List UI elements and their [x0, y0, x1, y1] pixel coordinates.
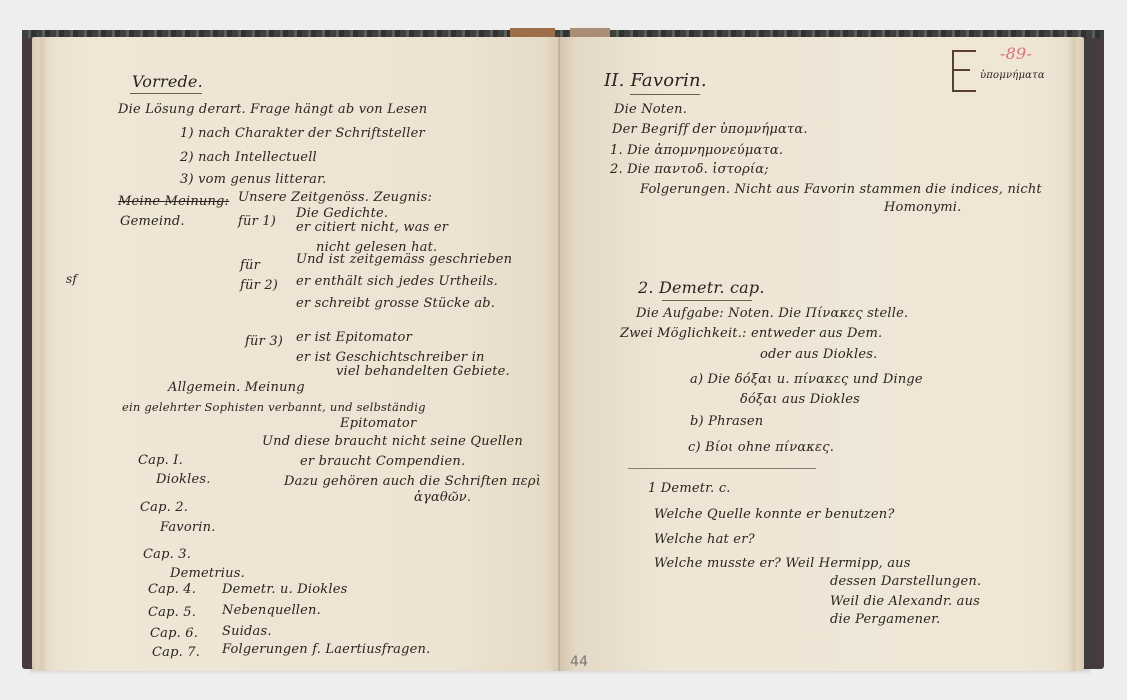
text-line: für — [240, 258, 260, 273]
chapter-label: Cap. 6. — [150, 626, 198, 641]
text-line: Welche musste er? Weil Hermipp, aus — [654, 556, 911, 571]
text-line: für 3) — [245, 334, 283, 349]
heading-underline — [130, 93, 202, 94]
text-line: Dazu gehören auch die Schriften περὶ — [284, 474, 541, 489]
text-line: Unsere Zeitgenöss. Zeugnis: — [238, 190, 432, 205]
chapter-title: Nebenquellen. — [222, 603, 321, 618]
chapter-label: Cap. 3. — [143, 547, 191, 562]
chapter-label: Cap. 5. — [148, 605, 196, 620]
text-line: er citiert nicht, was er — [296, 220, 448, 235]
struck-text: Meine Meinung: — [118, 194, 229, 209]
heading-underline — [662, 300, 752, 301]
chapter-label: Cap. 7. — [152, 645, 200, 660]
text-line: Weil die Alexandr. aus — [830, 594, 980, 609]
chapter-title: Favorin. — [160, 520, 216, 535]
text-line: Die Lösung derart. Frage hängt ab von Le… — [118, 102, 427, 117]
text-line: dessen Darstellungen. — [830, 574, 981, 589]
chapter-title: Diokles. — [156, 472, 211, 487]
text-line: viel behandelten Gebiete. — [336, 364, 510, 379]
chapter-title: Folgerungen f. Laertiusfragen. — [222, 642, 430, 657]
text-line: Die Noten. — [614, 102, 687, 117]
text-line: die Pergamener. — [830, 612, 940, 627]
text-line: Gemeind. — [120, 214, 185, 229]
pencil-page-number: 44 — [570, 654, 588, 670]
chapter-label: Cap. I. — [138, 453, 183, 468]
text-line: er braucht Compendien. — [300, 454, 465, 469]
text-line: δόξαι aus Diokles — [740, 392, 860, 407]
text-line: 3) vom genus litterar. — [180, 172, 326, 187]
corner-letter-e — [952, 50, 976, 92]
text-line: für 2) — [240, 278, 278, 293]
text-line: a) Die δόξαι u. πίνακες und Dinge — [690, 372, 923, 387]
text-line: Und diese braucht nicht seine Quellen — [262, 434, 523, 449]
section-divider — [628, 468, 816, 469]
text-line: für 1) — [238, 214, 276, 229]
text-line: 2) nach Intellectuell — [180, 150, 317, 165]
text-line: Allgemein. Meinung — [168, 380, 305, 395]
text-line: Welche hat er? — [654, 532, 755, 547]
folio-number: -89- — [1000, 44, 1032, 63]
text-line: Der Begriff der ὑπομνήματα. — [612, 122, 808, 137]
text-line: Zwei Möglichkeit.: entweder aus Dem. — [620, 326, 882, 341]
text-line: er enthält sich jedes Urtheils. — [296, 274, 498, 289]
chapter-title: Demetr. u. Diokles — [222, 582, 347, 597]
right-heading: II. Favorin. — [604, 70, 707, 91]
corner-greek: ὑπομνήματα — [980, 70, 1045, 81]
text-line: oder aus Diokles. — [760, 347, 877, 362]
section-heading: 1 Demetr. c. — [648, 481, 731, 496]
text-line: Die Aufgabe: Noten. Die Πίνακες stelle. — [636, 306, 908, 321]
text-line: Die Gedichte. — [296, 206, 388, 221]
left-heading: Vorrede. — [132, 72, 203, 91]
text-line: er schreibt grosse Stücke ab. — [296, 296, 495, 311]
text-line: Und ist zeitgemäss geschrieben — [296, 252, 512, 267]
text-line: 1) nach Charakter der Schriftsteller — [180, 126, 425, 141]
text-line: Epitomator — [340, 416, 416, 431]
chapter-title: Suidas. — [222, 624, 272, 639]
text-line: 2. Die παντοδ. ἱστορία; — [610, 162, 769, 177]
chapter-label: Cap. 2. — [140, 500, 188, 515]
text-line: b) Phrasen — [690, 414, 763, 429]
section-heading: 2. Demetr. cap. — [638, 278, 765, 297]
text-line: Homonymi. — [884, 200, 961, 215]
chapter-title: Demetrius. — [170, 566, 245, 581]
heading-underline — [630, 94, 700, 95]
text-line: Folgerungen. Nicht aus Favorin stammen d… — [640, 182, 1042, 197]
text-line: er ist Epitomator — [296, 330, 412, 345]
margin-note: sf — [66, 272, 77, 286]
text-line: ein gelehrter Sophisten verbannt, und se… — [122, 400, 426, 414]
text-line: er ist Geschichtschreiber in — [296, 350, 485, 365]
text-line: c) Βίοι ohne πίνακες. — [688, 440, 834, 455]
text-line: ἀγαθῶν. — [414, 490, 471, 505]
chapter-label: Cap. 4. — [148, 582, 196, 597]
text-line: Welche Quelle konnte er benutzen? — [654, 507, 895, 522]
text-line: 1. Die ἀπομνημονεύματα. — [610, 143, 783, 158]
